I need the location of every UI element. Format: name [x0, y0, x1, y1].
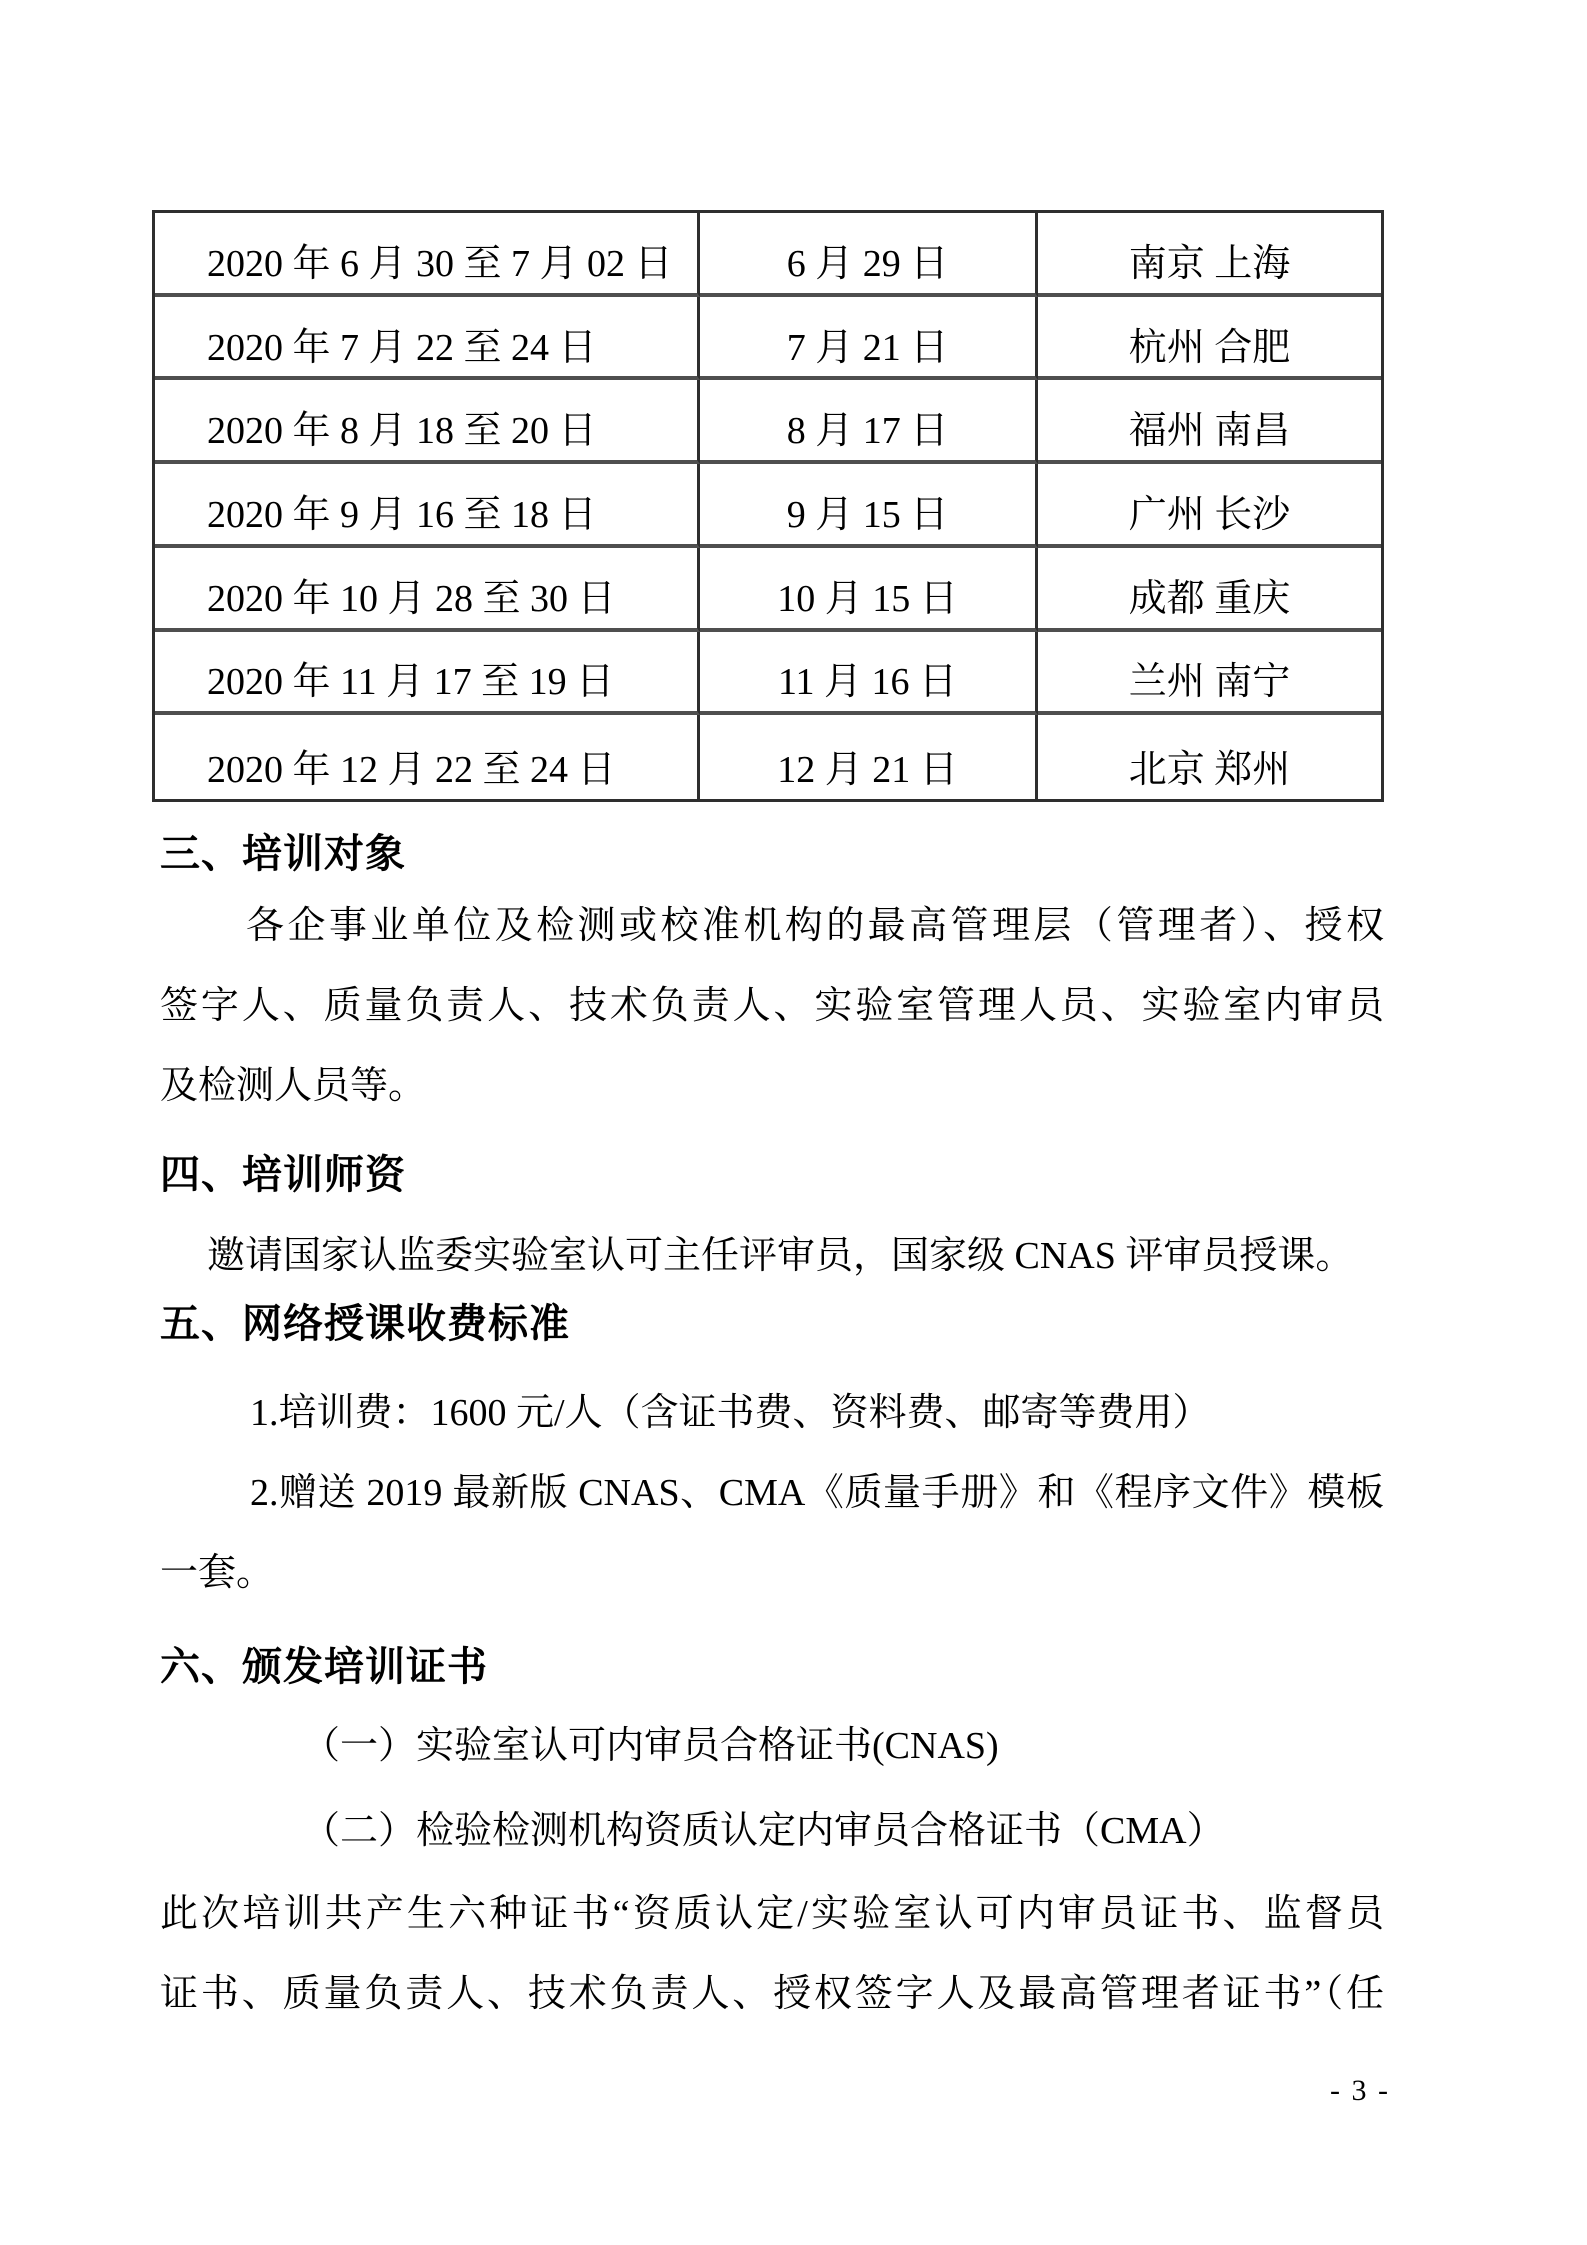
certificate-item-line: （一）实验室认可内审员合格证书(CNAS) [160, 1723, 999, 1769]
paragraph-line: 此次培训共产生六种证书“资质认定/实验室认可内审员证书、监督员 [160, 1891, 1384, 1937]
table-cell-cities: 成都 重庆 [1038, 548, 1381, 632]
table-cell-dates: 2020 年 10 月 28 至 30 日 [155, 548, 700, 632]
paragraph-line: 各企事业单位及检测或校准机构的最高管理层（管理者）、授权 [160, 903, 1384, 949]
paragraph-line: 及检测人员等。 [160, 1063, 426, 1109]
table-cell-dates: 2020 年 8 月 18 至 20 日 [155, 380, 700, 464]
table-cell-dates: 2020 年 9 月 16 至 18 日 [155, 464, 700, 548]
section-heading-training-audience: 三、培训对象 [160, 830, 406, 878]
table-cell-dates: 2020 年 7 月 22 至 24 日 [155, 297, 700, 381]
table-cell-dates: 2020 年 6 月 30 至 7 月 02 日 [155, 213, 700, 297]
document-page: 2020 年 6 月 30 至 7 月 02 日 6 月 29 日 南京 上海 … [0, 0, 1587, 2245]
fee-item-line: 一套。 [160, 1550, 274, 1596]
fee-item-line: 1.培训费：1600 元/人（含证书费、资料费、邮寄等费用） [160, 1390, 1211, 1436]
paragraph-line: 证书、质量负责人、技术负责人、授权签字人及最高管理者证书”（任 [160, 1971, 1384, 2017]
training-schedule-table: 2020 年 6 月 30 至 7 月 02 日 6 月 29 日 南京 上海 … [152, 210, 1384, 802]
table-cell-deadline: 7 月 21 日 [700, 297, 1038, 381]
paragraph-line: 邀请国家认监委实验室认可主任评审员，国家级 CNAS 评审员授课。 [160, 1233, 1353, 1279]
table-cell-cities: 南京 上海 [1038, 213, 1381, 297]
table-cell-deadline: 9 月 15 日 [700, 464, 1038, 548]
table-cell-dates: 2020 年 12 月 22 至 24 日 [155, 715, 700, 799]
fee-item-line: 2.赠送 2019 最新版 CNAS、CMA《质量手册》和《程序文件》模板 [160, 1470, 1384, 1516]
table-cell-deadline: 8 月 17 日 [700, 380, 1038, 464]
table-cell-dates: 2020 年 11 月 17 至 19 日 [155, 632, 700, 716]
table-cell-deadline: 12 月 21 日 [700, 715, 1038, 799]
section-heading-trainers: 四、培训师资 [160, 1151, 406, 1199]
paragraph-line: 签字人、质量负责人、技术负责人、实验室管理人员、实验室内审员 [160, 983, 1384, 1029]
table-cell-cities: 福州 南昌 [1038, 380, 1381, 464]
table-cell-deadline: 6 月 29 日 [700, 213, 1038, 297]
table-cell-deadline: 11 月 16 日 [700, 632, 1038, 716]
table-cell-deadline: 10 月 15 日 [700, 548, 1038, 632]
table-cell-cities: 广州 长沙 [1038, 464, 1381, 548]
table-cell-cities: 北京 郑州 [1038, 715, 1381, 799]
section-heading-fees: 五、网络授课收费标准 [160, 1300, 570, 1348]
page-number: - 3 - [1330, 2074, 1390, 2108]
table-cell-cities: 兰州 南宁 [1038, 632, 1381, 716]
table-cell-cities: 杭州 合肥 [1038, 297, 1381, 381]
section-heading-certificates: 六、颁发培训证书 [160, 1643, 488, 1691]
certificate-item-line: （二）检验检测机构资质认定内审员合格证书（CMA） [160, 1808, 1225, 1854]
